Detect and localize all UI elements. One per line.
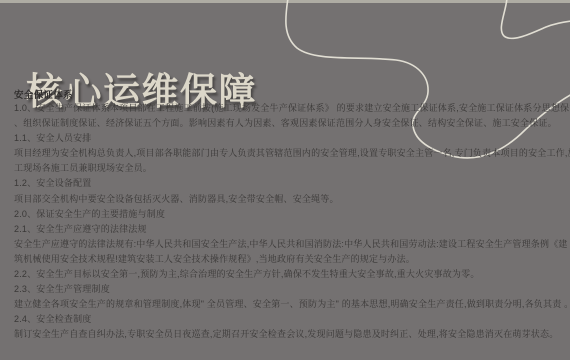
body-line: 项目经理为安全机构总负责人,项目部各职能部门由专人负责其管辖范围内的安全管理,设… xyxy=(14,146,570,161)
body-line: 项目部交全机构中要安全设备包括灭火器、消防器具,安全带安全帽、安全绳等。 xyxy=(14,192,570,207)
body-line-heading: 2.1、安全生产应遵守的法律法规 xyxy=(14,222,570,237)
body-line-heading: 2.0、保证安全生产的主要措施与制度 xyxy=(14,207,570,222)
section-subtitle: 安全保证体系 xyxy=(14,87,73,101)
body-line: 安全生产应遵守的法律法规有:中华人民共和国安全生产法,中华人民共和国消防法:中华… xyxy=(14,237,570,252)
body-line: 、组织保证制度保证、经济保证五个方面。影响因素有人为因素、客观因素保证范围分人身… xyxy=(14,116,570,131)
body-line-heading: 2.3、安全生产管理制度 xyxy=(14,282,570,297)
body-line-heading: 2.4、安全检查制度 xyxy=(14,312,570,327)
body-line: 筑机械使用安全技术规程!建筑安装工人安全技术操作规程》,当地政府有关安全生产的规… xyxy=(14,252,570,267)
body-line: 工现场各施工员兼职现场安全员。 xyxy=(14,161,570,176)
slide-core-operations-guarantee: { "page": { "background_color": "#747171… xyxy=(0,0,570,360)
body-line: 2.2、安全生产目标以安全第一,预防为主,综合治理的安全生产方针,确保不发生特重… xyxy=(14,267,570,282)
body-line: 1.0、安全生产保证体系本项目部在工程施工前按(施工现场发全牛产保证体系》 的要… xyxy=(14,101,570,116)
body-line-heading: 1.1、安全人员安排 xyxy=(14,131,570,146)
body-line: 制订安全生产自查自纠办法,专职安全员日夜巡查,定期召开安全检查会议,发现问题与隐… xyxy=(14,327,570,342)
body-text: 1.0、安全生产保证体系本项目部在工程施工前按(施工现场发全牛产保证体系》 的要… xyxy=(14,101,570,343)
body-line: 建立健全各项安全生产的规章和管理制度,体现" 全员管理、安全第一、预防为主" 的… xyxy=(14,297,570,312)
decorative-curve-short xyxy=(501,0,570,38)
body-line-heading: 1.2、安全设备配置 xyxy=(14,176,570,191)
top-edge-strip xyxy=(0,0,570,3)
